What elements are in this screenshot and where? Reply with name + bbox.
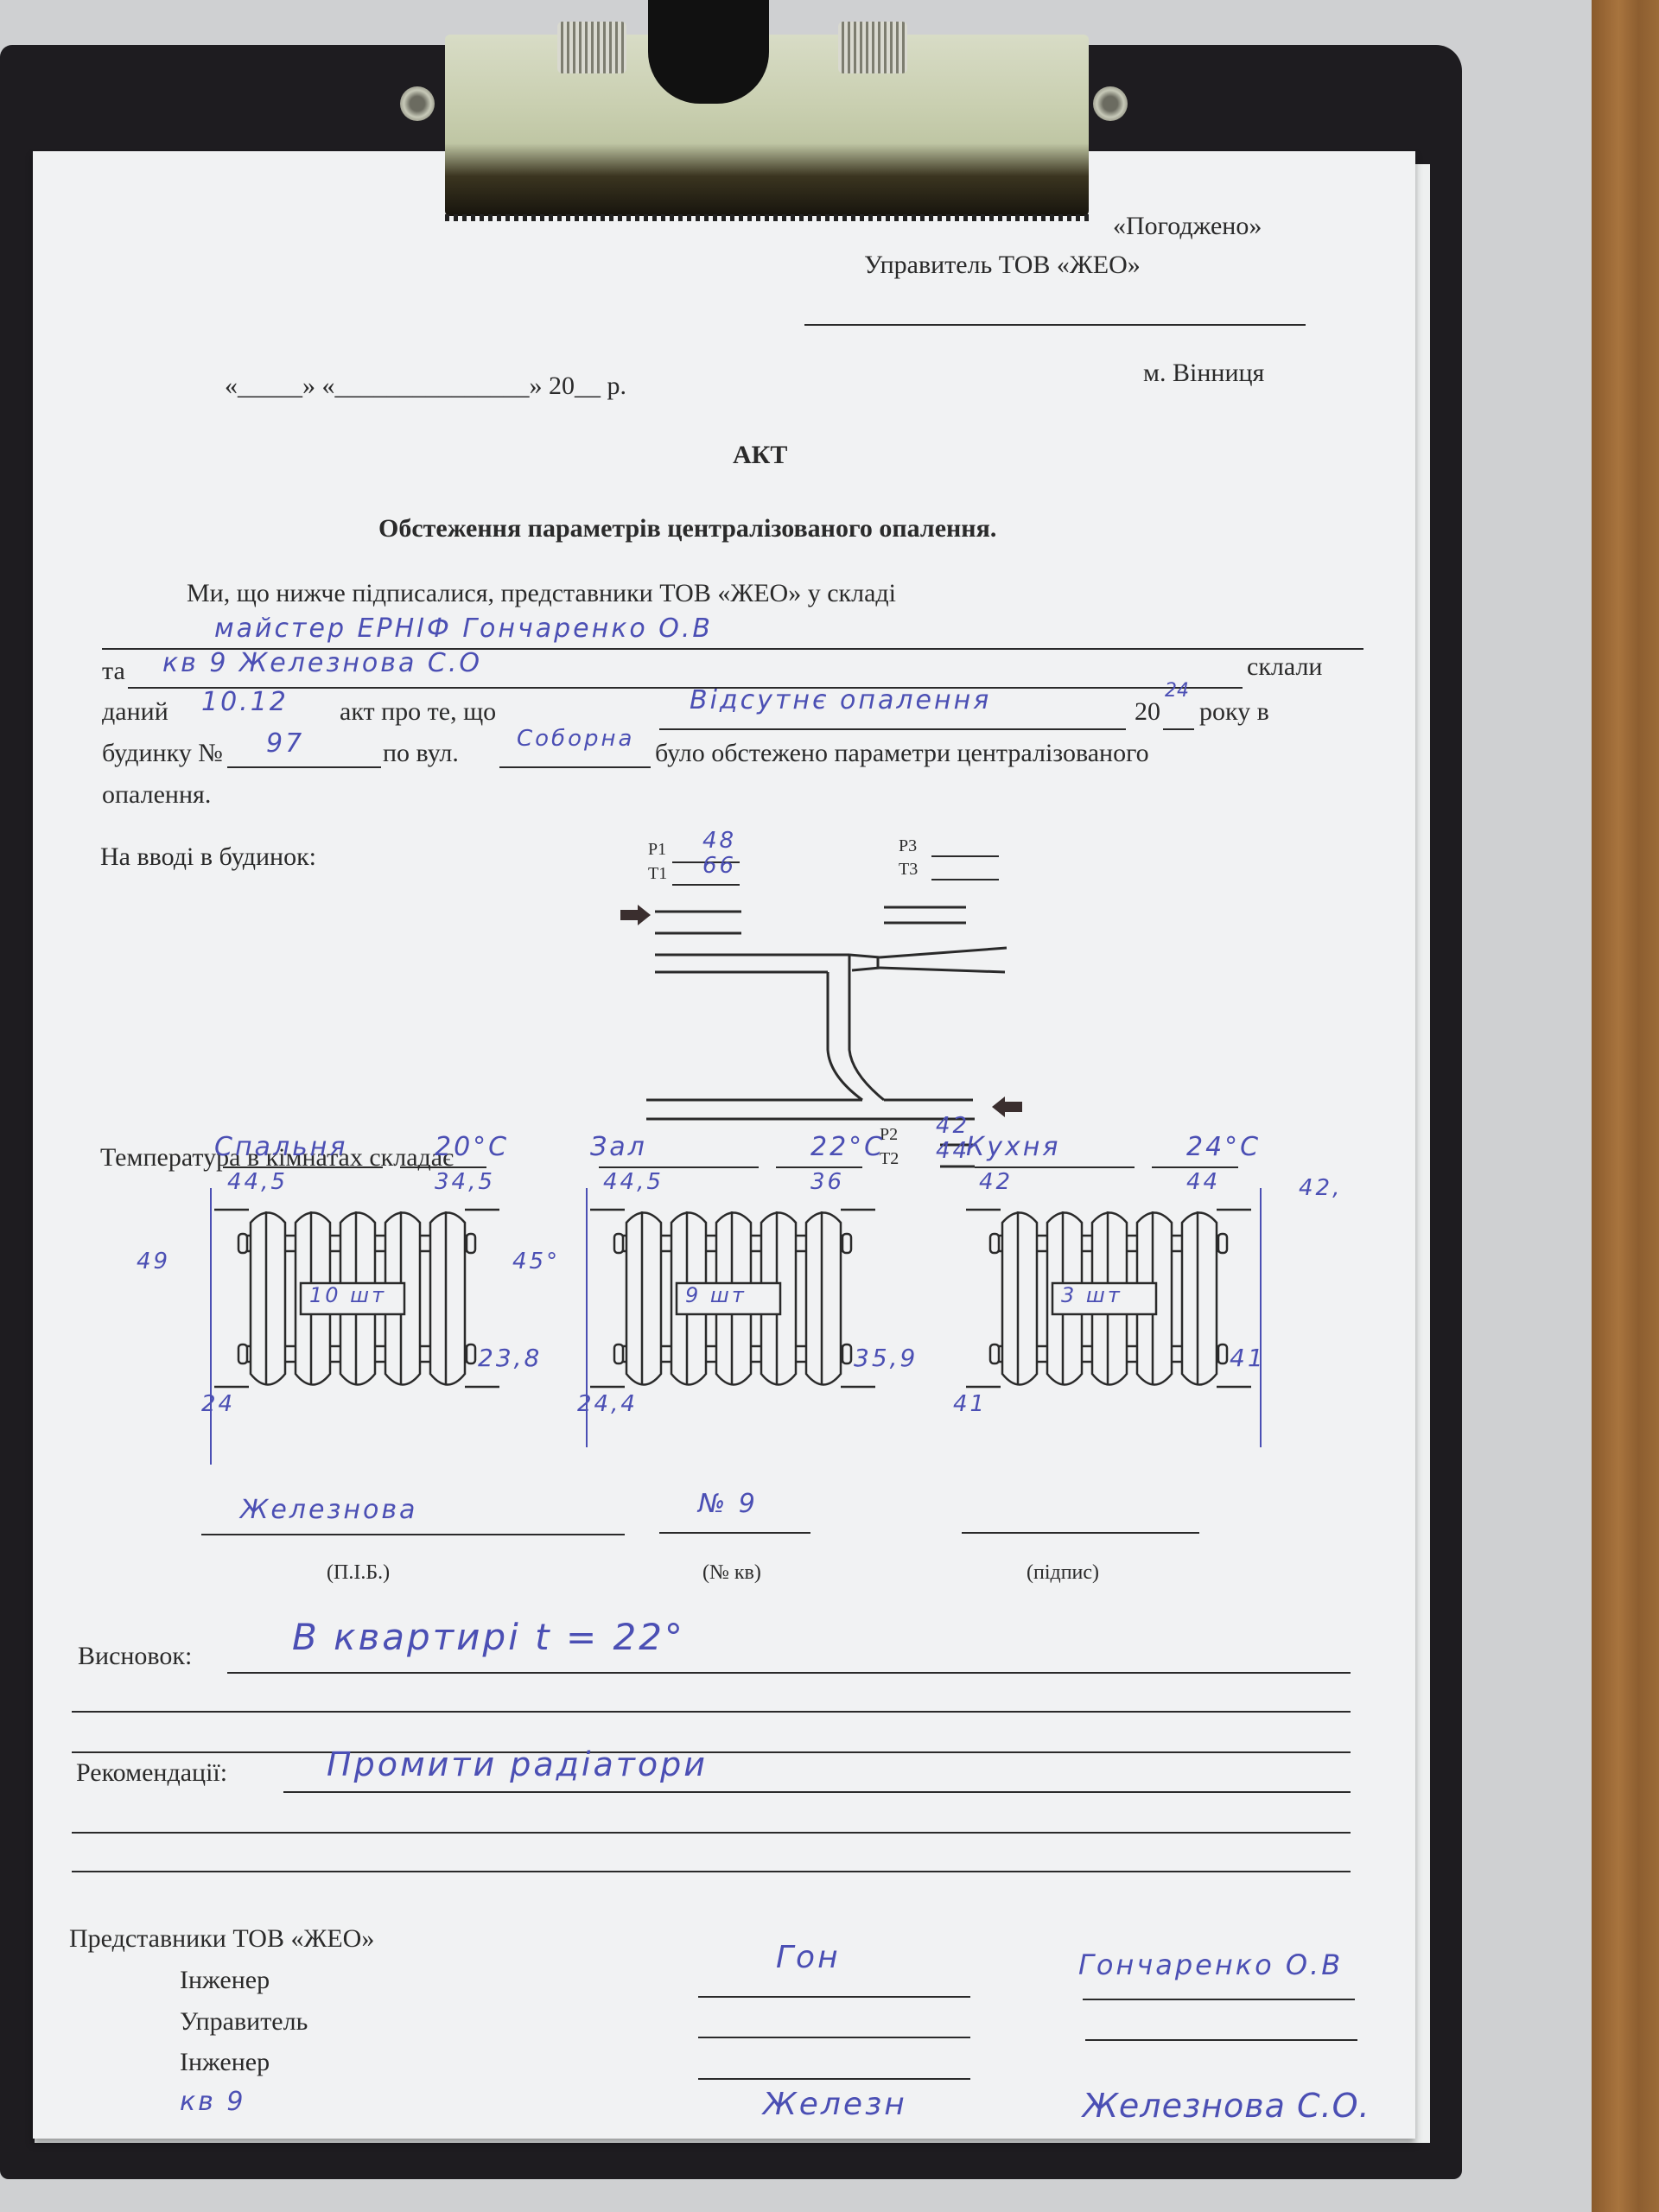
recommendations-label: Рекомендації: [76,1758,227,1788]
radiator-section-count[interactable]: 10 шт [309,1283,386,1307]
recommendations-value[interactable]: Промити радіатори [327,1745,708,1783]
spring-left-icon [557,22,626,73]
engineer-1-name[interactable]: Гончаренко О.В [1078,1948,1343,1981]
p2-value[interactable]: 42 [936,1113,969,1139]
room-temp-line [776,1166,862,1168]
role-engineer-1: Інженер [180,1966,270,1995]
conclusion-value[interactable]: В квартирі t = 22° [292,1616,685,1658]
spring-right-icon [838,22,907,73]
clipboard-clip[interactable] [445,0,1089,216]
room-name[interactable]: Зал [590,1132,647,1162]
engineer-2-signature-line[interactable] [698,2078,970,2080]
radiator-side-bracket [586,1188,588,1447]
conclusion-label: Висновок: [78,1642,192,1671]
name-caption: (П.І.Б.) [327,1561,390,1585]
t1-value[interactable]: 66 [702,853,736,879]
conclusion-line-1 [227,1672,1351,1674]
t2-value[interactable]: 44 [936,1138,969,1164]
engineer-1-name-line [1083,1999,1355,2000]
manager-signature-line[interactable] [698,2037,970,2038]
role-engineer-2: Інженер [180,2048,270,2077]
t3-line[interactable] [931,879,999,880]
engineer-1-signature[interactable]: Гон [776,1940,841,1975]
room-name[interactable]: Спальня [214,1132,347,1162]
signature-caption: (підпис) [1027,1561,1099,1585]
t3-label: T3 [899,860,918,880]
room-name-line [223,1166,383,1168]
room-temperature[interactable]: 22°C [810,1132,885,1162]
p3-line[interactable] [931,855,999,857]
radiator-inlet-top-temp[interactable]: 44,5 [227,1169,288,1195]
apartment-caption: (№ кв) [702,1561,761,1585]
extra-signature-handwritten[interactable]: Железн [763,2087,907,2122]
engineer-1-signature-line [698,1996,970,1998]
pipe-diagram [33,151,1415,1188]
room-temperature[interactable]: 20°C [435,1132,509,1162]
recommendations-line-1 [283,1791,1351,1793]
radiator-inlet-top-temp[interactable]: 44,5 [603,1169,664,1195]
room-name-line [975,1166,1135,1168]
radiator-side-temp[interactable]: 45° [512,1249,560,1274]
conclusion-line-3 [72,1751,1351,1753]
act-document: «Погоджено» Управитель ТОВ «ЖЕО» «_____»… [33,151,1415,2139]
rivet-right-icon [1093,86,1128,121]
radiator-outlet-top-temp[interactable]: 36 [810,1169,844,1195]
radiator-inlet-top-temp[interactable]: 42 [979,1169,1013,1195]
t1-line [672,884,740,886]
room-temp-line [400,1166,486,1168]
radiator-section-count[interactable]: 9 шт [685,1283,747,1307]
wooden-table-edge [1592,0,1659,2212]
resident-name[interactable]: Железнова [240,1495,417,1525]
resident-signature-line[interactable] [962,1532,1199,1534]
resident-apartment-line [659,1532,810,1534]
radiator-outlet-top-temp[interactable]: 44 [1186,1169,1220,1195]
radiator-side-bracket [210,1188,212,1465]
radiator-side-temp[interactable]: 42, [1299,1175,1342,1201]
representatives-heading: Представники ТОВ «ЖЕО» [69,1924,374,1954]
extra-role-handwritten[interactable]: кв 9 [180,2087,245,2117]
role-manager: Управитель [180,2007,308,2037]
radiator-side-temp[interactable]: 49 [137,1249,170,1274]
radiator-outlet-top-temp[interactable]: 34,5 [435,1169,495,1195]
conclusion-line-2 [72,1711,1351,1713]
radiator-side-bracket [1260,1188,1262,1447]
room-temp-line [1152,1166,1238,1168]
manager-name-line[interactable] [1085,2039,1357,2041]
clip-lever[interactable] [648,0,769,104]
rivet-left-icon [400,86,435,121]
room-name-line [599,1166,759,1168]
p1-label: P1 [648,840,666,860]
t1-label: T1 [648,864,667,884]
p1-value[interactable]: 48 [702,828,736,854]
radiator-section-count[interactable]: 3 шт [1061,1283,1122,1307]
resident-apartment[interactable]: № 9 [698,1489,758,1519]
room-name[interactable]: Кухня [966,1132,1060,1162]
p3-label: P3 [899,836,917,856]
resident-name-line [201,1534,625,1535]
recommendations-line-3 [72,1871,1351,1872]
recommendations-line-2 [72,1832,1351,1834]
room-temperature[interactable]: 24°C [1186,1132,1261,1162]
extra-name-handwritten[interactable]: Железнова С.О. [1083,2087,1370,2125]
